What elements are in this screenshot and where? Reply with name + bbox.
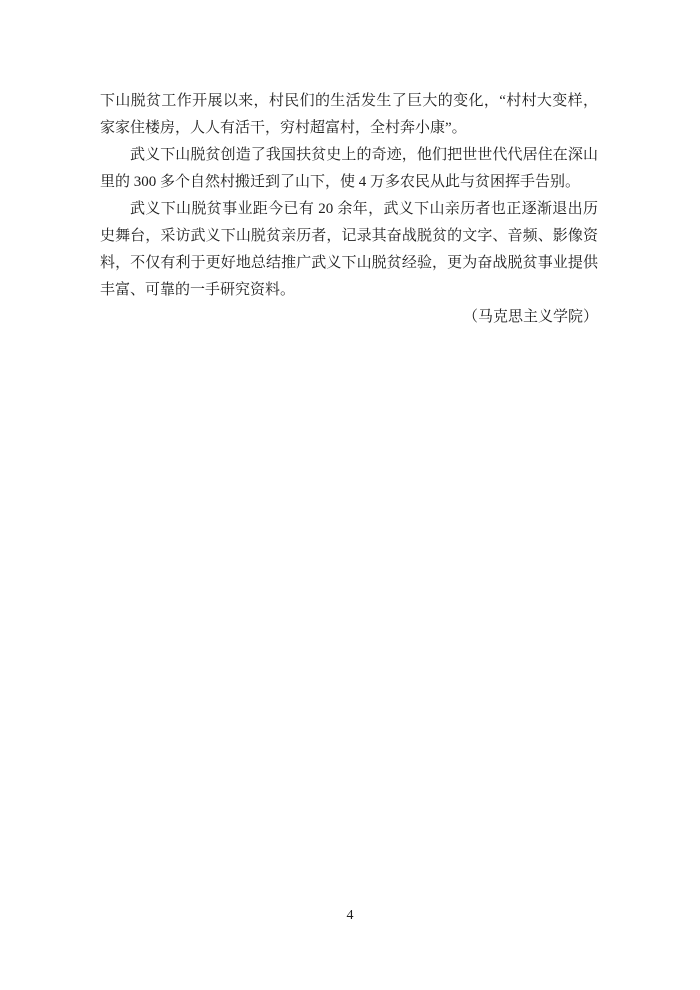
page-number: 4 <box>0 906 700 926</box>
paragraph: 武义下山脱贫事业距今已有 20 余年，武义下山亲历者也正逐渐退出历史舞台，采访武… <box>100 196 598 304</box>
document-body: 下山脱贫工作开展以来，村民们的生活发生了巨大的变化，“村村大变样，家家住楼房，人… <box>100 88 598 331</box>
paragraph: 武义下山脱贫创造了我国扶贫史上的奇迹，他们把世世代代居住在深山里的 300 多个… <box>100 142 598 196</box>
document-page: 下山脱贫工作开展以来，村民们的生活发生了巨大的变化，“村村大变样，家家住楼房，人… <box>0 0 700 990</box>
paragraph-continuation: 下山脱贫工作开展以来，村民们的生活发生了巨大的变化，“村村大变样，家家住楼房，人… <box>100 88 598 142</box>
attribution-line: （马克思主义学院） <box>100 304 598 331</box>
